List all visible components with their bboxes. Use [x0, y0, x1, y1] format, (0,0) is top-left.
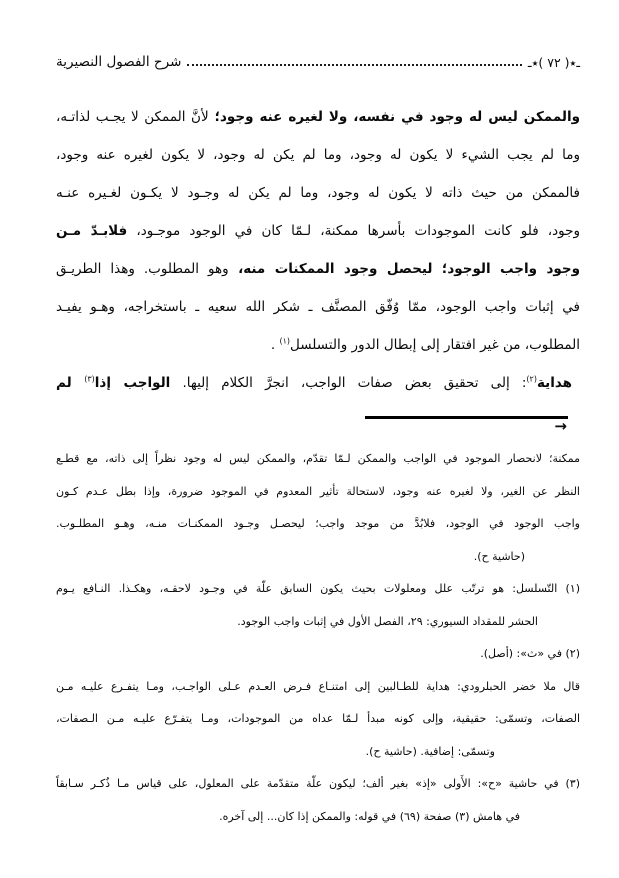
book-title: شرح الفصول النصيرية	[56, 54, 181, 70]
footnote-continuation: →	[56, 419, 580, 435]
text-segment: وهو المطلوب. وهذا الطريـق	[56, 261, 229, 277]
text-segment: (٢) في «ث»: (أصل).	[480, 647, 580, 660]
dotted-leader	[187, 64, 522, 66]
footnote-line: ممكنة؛ لانحصار الموجود في الواجب والممكن…	[56, 443, 580, 476]
text-segment: (٣) في حاشية «ح»: الأَولى «إذ» بغير ألف؛…	[56, 777, 580, 790]
text-segment: : إلى تحقيق بعض صفات الواجب، انجرَّ الكل…	[170, 375, 526, 391]
text-segment: وما لم يجب الشيء لا يكون له وجود، وما لم…	[56, 147, 580, 163]
text-segment: وتسمّى: إضافية. (حاشية ح).	[366, 745, 495, 758]
text-segment: الصفات، وتسمّى: حقيقية، وإلى كونه مبدأ ل…	[56, 712, 580, 725]
page-header: ـ٭( ٧٢ )٭ـ شرح الفصول النصيرية	[56, 46, 580, 70]
main-text-line: وجود واجب الوجود؛ ليحصل وجود الممكنات من…	[56, 250, 580, 288]
footnote-ref: (١)	[279, 337, 290, 346]
footnote-line: وتسمّى: إضافية. (حاشية ح).	[56, 736, 580, 769]
text-segment: فالممكن من حيث ذاته لا يكون له وجود، وما…	[56, 185, 580, 201]
text-segment: في هامش (٣) صفحة (٦٩) في قوله: والممكن إ…	[219, 810, 520, 823]
continuation-arrow-icon: →	[554, 417, 567, 435]
main-text-line: وما لم يجب الشيء لا يكون له وجود، وما لم…	[56, 136, 580, 174]
text-segment: فلابـدّ مـن	[56, 223, 127, 239]
footnote-line: (٣) في حاشية «ح»: الأَولى «إذ» بغير ألف؛…	[56, 768, 580, 801]
text-segment: هداية	[537, 375, 572, 391]
footnote-line: في هامش (٣) صفحة (٦٩) في قوله: والممكن إ…	[56, 801, 580, 834]
text-segment: في إثبات واجب الوجود، ممّا وُفّق المصنَّ…	[56, 299, 580, 315]
footnote-line: قال ملا خضر الحبلرودي: هداية للطـالبين إ…	[56, 671, 580, 704]
text-segment: (حاشية ح).	[474, 550, 525, 563]
text-segment: لأنَّ الممكن لا يجـب لذاتـه،	[56, 109, 209, 125]
main-text-line: في إثبات واجب الوجود، ممّا وُفّق المصنَّ…	[56, 288, 580, 326]
main-text: والممكن ليس له وجود في نفسه، ولا لغيره ع…	[56, 98, 580, 402]
text-segment: المطلوب، من غير افتقار إلى إبطال الدور و…	[290, 337, 580, 353]
text-segment: وجود، فلو كانت الموجودات بأسرها ممكنة، ل…	[127, 223, 580, 239]
footnotes: ممكنة؛ لانحصار الموجود في الواجب والممكن…	[56, 443, 580, 833]
text-segment: النظر عن الغير، ولا لغيره عنه وجود، لاست…	[56, 485, 580, 498]
page-number: ـ٭( ٧٢ )٭ـ	[528, 55, 580, 70]
footnote-line: النظر عن الغير، ولا لغيره عنه وجود، لاست…	[56, 476, 580, 509]
text-segment: الحشر للمقداد السيوري: ٢٩، الفصل الأول ف…	[237, 615, 538, 628]
text-segment: وجود واجب الوجود؛ ليحصل وجود الممكنات من…	[229, 261, 580, 277]
main-text-line: وجود، فلو كانت الموجودات بأسرها ممكنة، ل…	[56, 212, 580, 250]
text-segment: الواجب إذا	[95, 375, 171, 391]
text-segment: والممكن ليس له وجود في نفسه، ولا لغيره ع…	[209, 109, 580, 125]
text-segment: واجب الوجود في الوجود، فلابُدَّ من موجد …	[56, 517, 580, 530]
text-segment: ممكنة؛ لانحصار الموجود في الواجب والممكن…	[56, 452, 580, 465]
footnote-ref: (٣)	[84, 375, 95, 384]
footnote-line: الصفات، وتسمّى: حقيقية، وإلى كونه مبدأ ل…	[56, 703, 580, 736]
main-text-line: هداية(٢): إلى تحقيق بعض صفات الواجب، انج…	[56, 364, 580, 402]
text-segment: قال ملا خضر الحبلرودي: هداية للطـالبين إ…	[56, 680, 580, 693]
footnote-line: واجب الوجود في الوجود، فلابُدَّ من موجد …	[56, 508, 580, 541]
footnote-line: (حاشية ح).	[56, 541, 580, 574]
text-segment: لم	[56, 375, 84, 391]
footnote-line: (١) التّسلسل: هو ترتّب علل ومعلولات بحيث…	[56, 573, 580, 606]
main-text-line: فالممكن من حيث ذاته لا يكون له وجود، وما…	[56, 174, 580, 212]
main-text-line: المطلوب، من غير افتقار إلى إبطال الدور و…	[56, 326, 580, 364]
book-page: ـ٭( ٧٢ )٭ـ شرح الفصول النصيرية والممكن ل…	[0, 0, 619, 833]
footnote-line: (٢) في «ث»: (أصل).	[56, 638, 580, 671]
text-segment: (١) التّسلسل: هو ترتّب علل ومعلولات بحيث…	[56, 582, 580, 595]
footnote-ref: (٢)	[526, 375, 537, 384]
main-text-line: والممكن ليس له وجود في نفسه، ولا لغيره ع…	[56, 98, 580, 136]
footnote-line: الحشر للمقداد السيوري: ٢٩، الفصل الأول ف…	[56, 606, 580, 639]
